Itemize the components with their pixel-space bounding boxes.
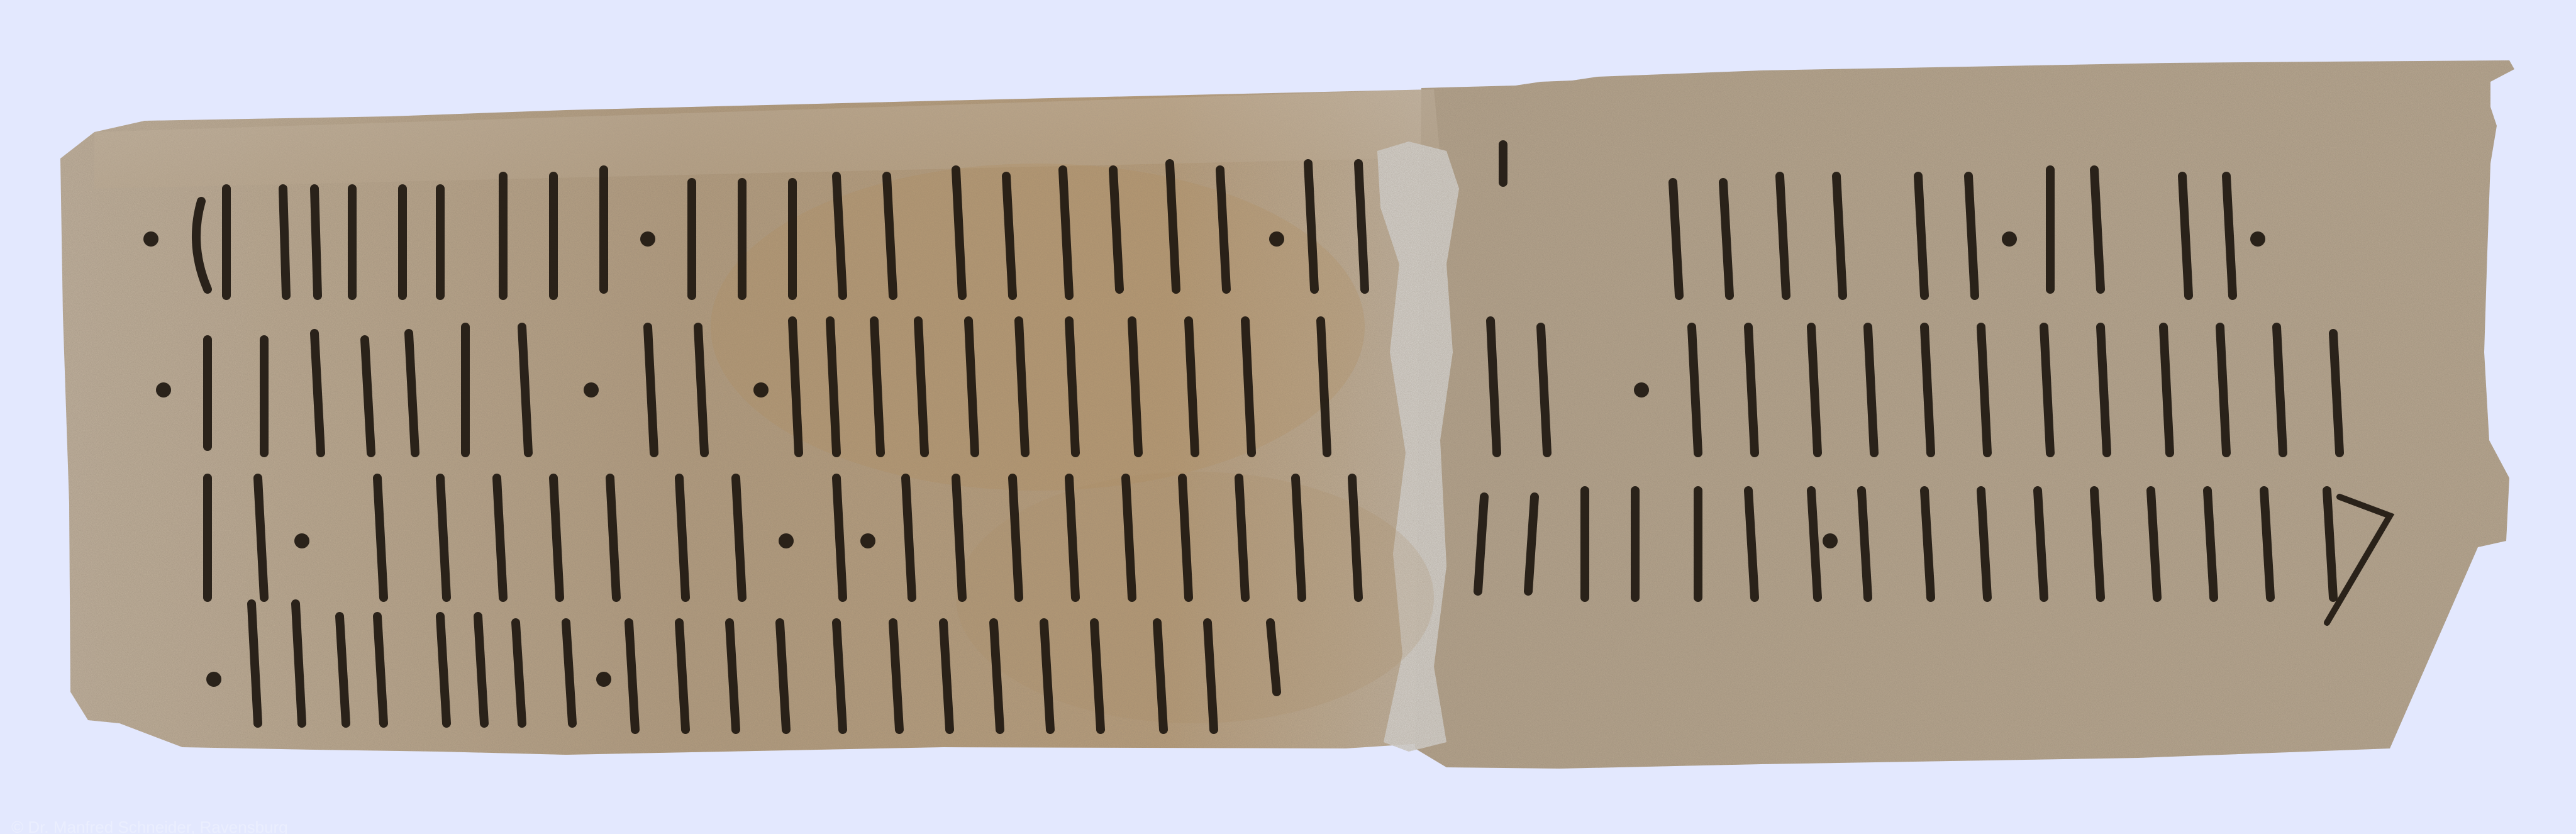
photograph: ·anno·dñi·mcccc·lxxx·ii·xi·kl·novembris·… bbox=[0, 0, 2576, 834]
stone-right-piece bbox=[1415, 60, 2514, 769]
copyright-watermark: © Dr. Manfred Schneider, Ravensburg bbox=[11, 818, 288, 834]
stone-slab bbox=[0, 0, 2576, 834]
